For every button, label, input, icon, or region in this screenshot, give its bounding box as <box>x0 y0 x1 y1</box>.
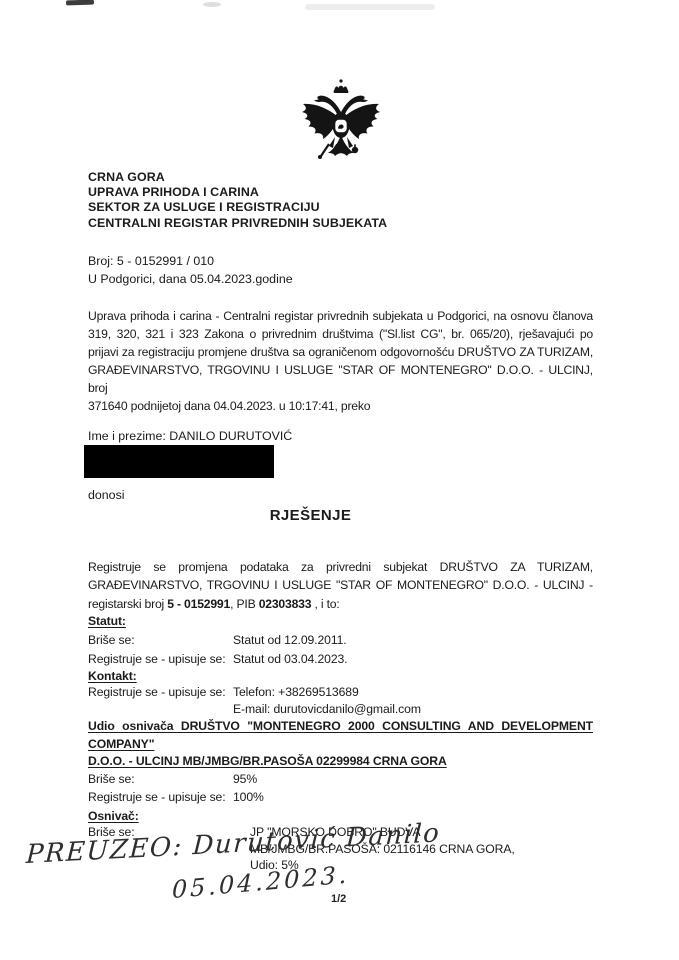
case-number-line: Broj: 5 - 0152991 / 010 <box>88 252 593 270</box>
row-value: Statut od 03.04.2023. <box>233 651 347 667</box>
section-heading: Osnivač: <box>88 808 593 825</box>
org-line-sector: SEKTOR ZA USLUGE I REGISTRACIJU <box>88 200 593 215</box>
document-page: CRNA GORA UPRAVA PRIHODA I CARINA SEKTOR… <box>0 0 679 960</box>
row-value: Statut od 12.09.2011. <box>233 632 347 648</box>
table-row: Briše se: Statut od 12.09.2011. <box>88 632 593 648</box>
submitter-name-line: Ime i prezime: DANILO DURUTOVIĆ <box>88 428 593 444</box>
paragraph-line: prijavi za registraciju promjene društva… <box>88 343 593 361</box>
redaction-box <box>84 445 274 478</box>
table-row: Registruje se - upisuje se: Telefon: +38… <box>88 684 593 718</box>
heading-line: D.O.O. - ULCINJ MB/JMBG/BR.PASOŠA 022999… <box>88 753 593 771</box>
row-label: Briše se: <box>88 771 233 787</box>
paragraph-line: Uprava prihoda i carina - Centralni regi… <box>88 307 593 325</box>
text-segment: registarski broj <box>88 597 167 611</box>
heading-line: Udio osnivača DRUŠTVO "MONTENEGRO 2000 C… <box>88 718 593 753</box>
paragraph-line: registarski broj 5 - 0152991, PIB 023038… <box>88 595 593 614</box>
org-line-country: CRNA GORA <box>88 170 593 185</box>
org-line-registry: CENTRALNI REGISTAR PRIVREDNIH SUBJEKATA <box>88 216 593 231</box>
row-label: Registruje se - upisuje se: <box>88 789 233 805</box>
page-number: 1/2 <box>331 893 346 905</box>
section-heading: Udio osnivača DRUŠTVO "MONTENEGRO 2000 C… <box>88 718 593 771</box>
table-row: Registruje se - upisuje se: Statut od 03… <box>88 651 593 667</box>
row-value-email: E-mail: durutovicdanilo@gmail.com <box>233 701 421 718</box>
row-label: Registruje se - upisuje se: <box>88 684 233 718</box>
table-row: Briše se: 95% <box>88 771 593 787</box>
row-value-phone: Telefon: +38269513689 <box>233 684 421 701</box>
section-heading: Statut: <box>88 613 593 630</box>
intro-paragraph: Uprava prihoda i carina - Centralni regi… <box>88 307 593 415</box>
paragraph-line: GRAĐEVINARSTVO, TRGOVINU I USLUGE "STAR … <box>88 576 593 595</box>
section-heading: Kontakt: <box>88 668 593 685</box>
org-line-administration: UPRAVA PRIHODA I CARINA <box>88 185 593 200</box>
paragraph-line: Registruje se promjena podataka za privr… <box>88 558 593 577</box>
document-title: RJEŠENJE <box>88 507 593 524</box>
place-date-line: U Podgorici, dana 05.04.2023.godine <box>88 270 593 288</box>
section-udio-osnivaca: Udio osnivača DRUŠTVO "MONTENEGRO 2000 C… <box>88 718 593 805</box>
row-label: Briše se: <box>88 632 233 648</box>
registry-number: 5 - 0152991 <box>167 597 230 611</box>
paragraph-line: 319, 320, 321 i 323 Zakona o privrednim … <box>88 325 593 343</box>
reference-block: Broj: 5 - 0152991 / 010 U Podgorici, dan… <box>88 252 593 288</box>
decision-paragraph: Registruje se promjena podataka za privr… <box>88 558 593 614</box>
section-kontakt: Kontakt: Registruje se - upisuje se: Tel… <box>88 668 593 719</box>
pib-number: 02303833 <box>259 597 312 611</box>
issuing-authority-block: CRNA GORA UPRAVA PRIHODA I CARINA SEKTOR… <box>88 170 593 231</box>
row-value: 95% <box>233 771 257 787</box>
section-statut: Statut: Briše se: Statut od 12.09.2011. … <box>88 613 593 667</box>
row-label: Registruje se - upisuje se: <box>88 651 233 667</box>
paragraph-line: 371640 podnijetoj dana 04.04.2023. u 10:… <box>88 397 593 415</box>
table-row: Registruje se - upisuje se: 100% <box>88 789 593 805</box>
donosi-label: donosi <box>88 488 593 502</box>
paragraph-line: GRAĐEVINARSTVO, TRGOVINU I USLUGE "STAR … <box>88 361 593 397</box>
text-segment: , PIB <box>230 597 259 611</box>
montenegro-coat-of-arms-icon <box>289 78 393 168</box>
document-content: CRNA GORA UPRAVA PRIHODA I CARINA SEKTOR… <box>88 0 593 874</box>
row-value: 100% <box>233 789 264 805</box>
text-segment: , i to: <box>311 597 339 611</box>
